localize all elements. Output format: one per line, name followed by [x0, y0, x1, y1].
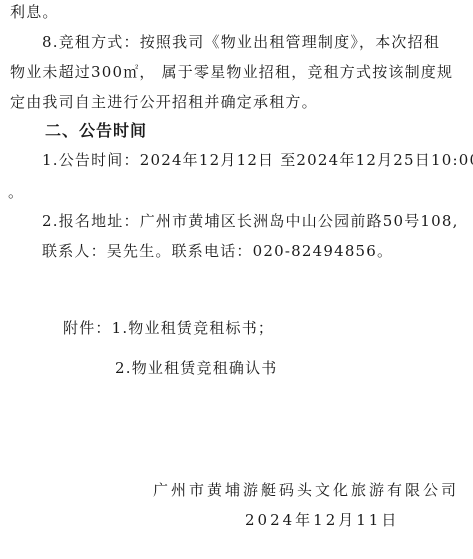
- registration-address: 2.报名地址：广州市黄埔区长洲岛中山公园前路50号108,: [42, 211, 459, 231]
- contact-info: 联系人：吴先生。联系电话：020-82494856。: [42, 241, 393, 261]
- signature-date: 2024年12月11日: [245, 510, 399, 530]
- section-heading: 二、公告时间: [45, 121, 147, 141]
- paragraph-line: 定由我司自主进行公开招租并确定承租方。: [10, 92, 318, 112]
- notice-time: 1.公告时间：2024年12月12日 至2024年12月25日10:00止: [42, 150, 473, 170]
- paragraph-line: 利息。: [10, 2, 59, 22]
- paragraph-line: 8.竞租方式：按照我司《物业出租管理制度》，本次招租: [42, 32, 440, 52]
- notice-time-tail: 。: [8, 182, 24, 202]
- paragraph-line: 物业未超过300㎡， 属于零星物业招租，竞租方式按该制度规: [10, 62, 453, 82]
- signature-company: 广州市黄埔游艇码头文化旅游有限公司: [153, 480, 459, 500]
- attachment-1[interactable]: 附件：1.物业租赁竞租标书；: [63, 318, 274, 338]
- attachment-2[interactable]: 2.物业租赁竞租确认书: [115, 358, 278, 378]
